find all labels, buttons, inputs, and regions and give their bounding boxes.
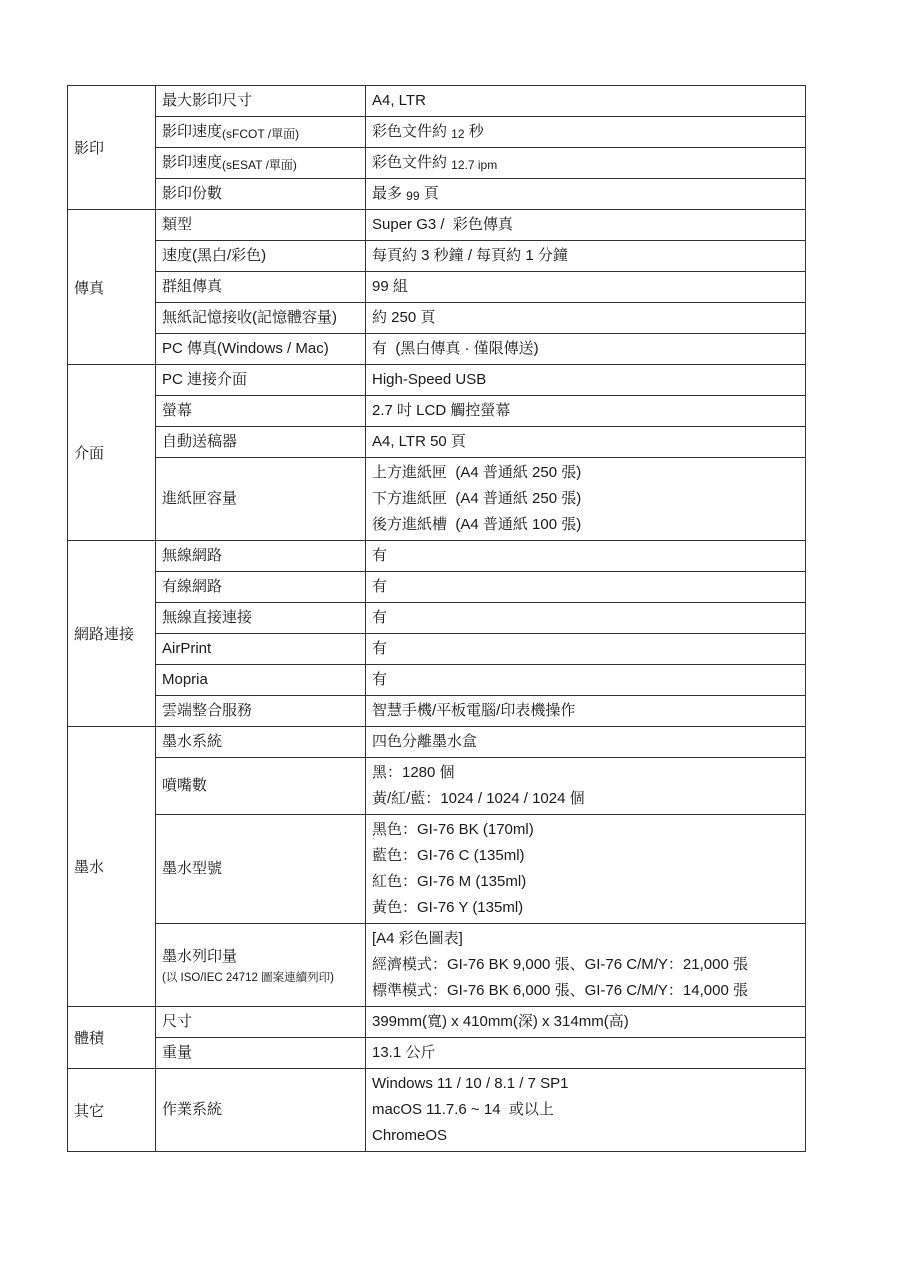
spec-row: 影印速度(sESAT /單面)彩色文件約 12.7 ipm [68,148,806,179]
spec-value-line: 四色分離墨水盒 [372,729,797,755]
spec-row: 影印份數最多 99 頁 [68,179,806,210]
spec-row: 影印最大影印尺寸A4, LTR [68,86,806,117]
spec-value-line: 黑色：GI-76 BK (170ml) [372,817,797,843]
spec-value-cell: 99 組 [366,272,806,303]
spec-row: 雲端整合服務智慧手機/平板電腦/印表機操作 [68,696,806,727]
spec-label: 重量 [162,1044,192,1061]
spec-label: 噴嘴數 [162,777,207,794]
category-cell: 體積 [68,1007,156,1069]
spec-value-cell: 最多 99 頁 [366,179,806,210]
spec-label: 無線網路 [162,547,222,564]
spec-value-line: 99 組 [372,274,797,300]
spec-label-cell: 墨水列印量(以 ISO/IEC 24712 圖案連續列印) [156,924,366,1007]
spec-label: 墨水型號 [162,860,222,877]
spec-label-cell: Mopria [156,665,366,696]
spec-label: 影印份數 [162,185,222,202]
spec-value-line: 紅色：GI-76 M (135ml) [372,869,797,895]
spec-label-cell: 有線網路 [156,572,366,603]
spec-row: 介面PC 連接介面High-Speed USB [68,365,806,396]
spec-label: PC 傳真(Windows / Mac) [162,340,329,357]
spec-value-line: 彩色文件約 12.7 ipm [372,150,797,176]
spec-value-text-small: 12.7 ipm [451,158,497,172]
spec-row: 其它作業系統Windows 11 / 10 / 8.1 / 7 SP1macOS… [68,1069,806,1152]
spec-label-cell: 進紙匣容量 [156,458,366,541]
spec-label: 雲端整合服務 [162,702,252,719]
spec-value-cell: 有 [366,634,806,665]
spec-value-line: macOS 11.7.6 ~ 14 或以上 [372,1097,797,1123]
spec-label-small: (sESAT /單面) [222,158,297,172]
spec-label: 影印速度 [162,154,222,171]
spec-label-cell: PC 連接介面 [156,365,366,396]
spec-label: 作業系統 [162,1101,222,1118]
category-cell: 影印 [68,86,156,210]
spec-value-line: High-Speed USB [372,367,797,393]
spec-value-line: 上方進紙匣 (A4 普通紙 250 張) [372,460,797,486]
spec-value-line: 最多 99 頁 [372,181,797,207]
spec-value-line: 經濟模式：GI-76 BK 9,000 張、GI-76 C/M/Y：21,000… [372,952,797,978]
spec-label-cell: 最大影印尺寸 [156,86,366,117]
spec-value-text: 頁 [420,185,439,202]
spec-value-line: 有 [372,636,797,662]
spec-label-cell: AirPrint [156,634,366,665]
spec-value-cell: 有 [366,572,806,603]
spec-label: 尺寸 [162,1013,192,1030]
spec-value-line: 有 [372,605,797,631]
spec-label: 影印速度 [162,123,222,140]
spec-label-cell: 群組傳真 [156,272,366,303]
spec-label: 進紙匣容量 [162,490,237,507]
spec-value-line: A4, LTR 50 頁 [372,429,797,455]
spec-label: 墨水系統 [162,733,222,750]
spec-label: PC 連接介面 [162,371,247,388]
spec-label-cell: 作業系統 [156,1069,366,1152]
spec-value-line: 黃色：GI-76 Y (135ml) [372,895,797,921]
spec-value-cell: Super G3 / 彩色傳真 [366,210,806,241]
spec-value-cell: A4, LTR [366,86,806,117]
spec-value-line: 下方進紙匣 (A4 普通紙 250 張) [372,486,797,512]
spec-value-line: 標準模式：GI-76 BK 6,000 張、GI-76 C/M/Y：14,000… [372,978,797,1004]
spec-value-line: Windows 11 / 10 / 8.1 / 7 SP1 [372,1071,797,1097]
spec-row: 網路連接無線網路有 [68,541,806,572]
spec-value-line: 有 [372,543,797,569]
spec-value-cell: 四色分離墨水盒 [366,727,806,758]
spec-row: 無線直接連接有 [68,603,806,634]
spec-label-cell: 噴嘴數 [156,758,366,815]
spec-value-line: ChromeOS [372,1123,797,1149]
spec-value-cell: A4, LTR 50 頁 [366,427,806,458]
category-cell: 網路連接 [68,541,156,727]
spec-row: 螢幕2.7 吋 LCD 觸控螢幕 [68,396,806,427]
spec-label: 無線直接連接 [162,609,252,626]
spec-value-cell: 13.1 公斤 [366,1038,806,1069]
spec-value-line: [A4 彩色圖表] [372,926,797,952]
spec-value-cell: 每頁約 3 秒鐘 / 每頁約 1 分鐘 [366,241,806,272]
spec-sheet-page: 影印最大影印尺寸A4, LTR影印速度(sFCOT /單面)彩色文件約 12 秒… [0,0,900,1273]
spec-row: Mopria有 [68,665,806,696]
spec-label-cell: 速度(黑白/彩色) [156,241,366,272]
spec-label: 速度(黑白/彩色) [162,247,266,264]
spec-value-cell: 上方進紙匣 (A4 普通紙 250 張)下方進紙匣 (A4 普通紙 250 張)… [366,458,806,541]
spec-label-cell: 尺寸 [156,1007,366,1038]
spec-label: Mopria [162,671,208,688]
spec-value-cell: 有 (黑白傳真 · 僅限傳送) [366,334,806,365]
spec-value-line: 13.1 公斤 [372,1040,797,1066]
spec-label: 螢幕 [162,402,192,419]
spec-row: 體積尺寸399mm(寬) x 410mm(深) x 314mm(高) [68,1007,806,1038]
spec-row: 影印速度(sFCOT /單面)彩色文件約 12 秒 [68,117,806,148]
spec-value-cell: 彩色文件約 12.7 ipm [366,148,806,179]
spec-label-cell: PC 傳真(Windows / Mac) [156,334,366,365]
spec-value-line: 約 250 頁 [372,305,797,331]
spec-label-cell: 影印速度(sFCOT /單面) [156,117,366,148]
spec-table-body: 影印最大影印尺寸A4, LTR影印速度(sFCOT /單面)彩色文件約 12 秒… [68,86,806,1152]
spec-row: 群組傳真99 組 [68,272,806,303]
spec-value-line: 有 (黑白傳真 · 僅限傳送) [372,336,797,362]
spec-row: 速度(黑白/彩色)每頁約 3 秒鐘 / 每頁約 1 分鐘 [68,241,806,272]
spec-value-cell: 智慧手機/平板電腦/印表機操作 [366,696,806,727]
spec-value-cell: 399mm(寬) x 410mm(深) x 314mm(高) [366,1007,806,1038]
spec-value-text: 最多 [372,185,406,202]
spec-label: 有線網路 [162,578,222,595]
spec-row: AirPrint有 [68,634,806,665]
spec-value-line: 有 [372,667,797,693]
spec-label: 群組傳真 [162,278,222,295]
spec-label: 最大影印尺寸 [162,92,252,109]
spec-row: 自動送稿器A4, LTR 50 頁 [68,427,806,458]
spec-label-cell: 影印速度(sESAT /單面) [156,148,366,179]
spec-value-cell: 彩色文件約 12 秒 [366,117,806,148]
spec-row: 無紙記憶接收(記憶體容量)約 250 頁 [68,303,806,334]
spec-value-text-small: 99 [406,189,419,203]
spec-value-text-small: 12 [451,127,464,141]
category-cell: 傳真 [68,210,156,365]
printer-spec-table: 影印最大影印尺寸A4, LTR影印速度(sFCOT /單面)彩色文件約 12 秒… [67,85,806,1152]
spec-value-cell: 有 [366,603,806,634]
spec-row: PC 傳真(Windows / Mac)有 (黑白傳真 · 僅限傳送) [68,334,806,365]
spec-value-line: 黃/紅/藍：1024 / 1024 / 1024 個 [372,786,797,812]
spec-value-text: 彩色文件約 [372,154,451,171]
spec-label-cell: 雲端整合服務 [156,696,366,727]
spec-label: 自動送稿器 [162,433,237,450]
spec-row: 重量13.1 公斤 [68,1038,806,1069]
category-cell: 其它 [68,1069,156,1152]
spec-row: 噴嘴數黑：1280 個黃/紅/藍：1024 / 1024 / 1024 個 [68,758,806,815]
spec-value-cell: Windows 11 / 10 / 8.1 / 7 SP1macOS 11.7.… [366,1069,806,1152]
spec-row: 墨水列印量(以 ISO/IEC 24712 圖案連續列印)[A4 彩色圖表]經濟… [68,924,806,1007]
spec-label-cell: 無紙記憶接收(記憶體容量) [156,303,366,334]
spec-row: 墨水型號黑色：GI-76 BK (170ml)藍色：GI-76 C (135ml… [68,815,806,924]
spec-label-small: (sFCOT /單面) [222,127,299,141]
spec-label: 墨水列印量 [162,948,237,965]
spec-value-cell: 有 [366,541,806,572]
spec-value-line: 藍色：GI-76 C (135ml) [372,843,797,869]
spec-value-cell: [A4 彩色圖表]經濟模式：GI-76 BK 9,000 張、GI-76 C/M… [366,924,806,1007]
spec-value-line: 有 [372,574,797,600]
spec-label-cell: 墨水型號 [156,815,366,924]
spec-label: AirPrint [162,640,211,657]
spec-value-line: Super G3 / 彩色傳真 [372,212,797,238]
spec-value-line: A4, LTR [372,88,797,114]
spec-label-note: (以 ISO/IEC 24712 圖案連續列印) [162,970,357,987]
spec-value-cell: 有 [366,665,806,696]
spec-label-cell: 類型 [156,210,366,241]
category-cell: 墨水 [68,727,156,1007]
spec-value-line: 399mm(寬) x 410mm(深) x 314mm(高) [372,1009,797,1035]
spec-value-cell: High-Speed USB [366,365,806,396]
category-cell: 介面 [68,365,156,541]
spec-value-cell: 黑色：GI-76 BK (170ml)藍色：GI-76 C (135ml)紅色：… [366,815,806,924]
spec-label-cell: 影印份數 [156,179,366,210]
spec-row: 墨水墨水系統四色分離墨水盒 [68,727,806,758]
spec-value-line: 智慧手機/平板電腦/印表機操作 [372,698,797,724]
spec-value-line: 每頁約 3 秒鐘 / 每頁約 1 分鐘 [372,243,797,269]
spec-value-cell: 2.7 吋 LCD 觸控螢幕 [366,396,806,427]
spec-value-text: 彩色文件約 [372,123,451,140]
spec-label-cell: 無線網路 [156,541,366,572]
spec-label: 無紙記憶接收(記憶體容量) [162,309,337,326]
spec-label-cell: 螢幕 [156,396,366,427]
spec-value-line: 黑：1280 個 [372,760,797,786]
spec-value-line: 彩色文件約 12 秒 [372,119,797,145]
spec-label: 類型 [162,216,192,233]
spec-label-cell: 重量 [156,1038,366,1069]
spec-value-cell: 約 250 頁 [366,303,806,334]
spec-value-text: 秒 [465,123,484,140]
spec-value-cell: 黑：1280 個黃/紅/藍：1024 / 1024 / 1024 個 [366,758,806,815]
spec-label-cell: 自動送稿器 [156,427,366,458]
spec-value-line: 2.7 吋 LCD 觸控螢幕 [372,398,797,424]
spec-label-cell: 無線直接連接 [156,603,366,634]
spec-row: 進紙匣容量上方進紙匣 (A4 普通紙 250 張)下方進紙匣 (A4 普通紙 2… [68,458,806,541]
spec-row: 有線網路有 [68,572,806,603]
spec-row: 傳真類型Super G3 / 彩色傳真 [68,210,806,241]
spec-label-cell: 墨水系統 [156,727,366,758]
spec-value-line: 後方進紙槽 (A4 普通紙 100 張) [372,512,797,538]
